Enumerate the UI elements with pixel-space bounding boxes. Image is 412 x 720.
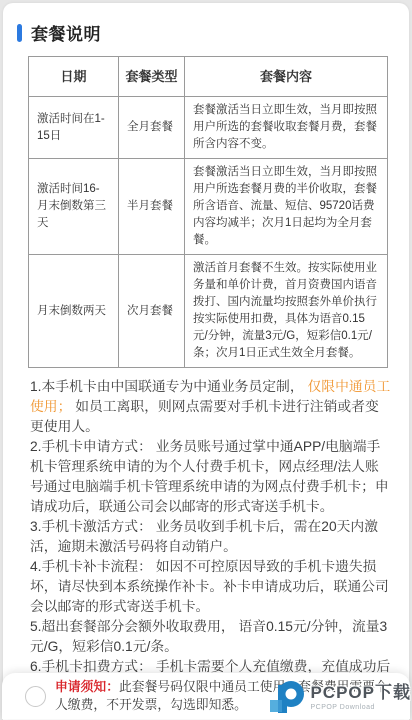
table-row: 激活时间16-月末倒数第三天 半月套餐 套餐激活当日立即生效，当月即按照用户所选… [29, 159, 388, 255]
col-header-type: 套餐类型 [119, 57, 185, 97]
cell-date: 激活时间16-月末倒数第三天 [29, 159, 119, 255]
page-title: 套餐说明 [31, 20, 101, 45]
pcpop-logo-icon [268, 677, 308, 717]
section-header: 套餐说明 [3, 3, 409, 54]
package-table: 日期 套餐类型 套餐内容 激活时间在1-15日 全月套餐 套餐激活当日立即生效，… [28, 56, 388, 368]
table-row: 激活时间在1-15日 全月套餐 套餐激活当日立即生效，当月即按照用户所选的套餐收… [29, 97, 388, 159]
note-item-5: 5.超出套餐部分会额外收取费用， 语音0.15元/分钟，流量3元/G，短彩信0.… [30, 617, 392, 657]
note-item-4: 4.手机卡补卡流程： 如因不可控原因导致的手机卡遗失损坏，请尽快到本系统操作补卡… [30, 557, 392, 617]
note-item-1: 1.本手机卡由中国联通专为中通业务员定制， 仅限中通员工使用； 如员工离职，则网… [30, 377, 392, 437]
cell-type: 次月套餐 [119, 255, 185, 368]
col-header-date: 日期 [29, 57, 119, 97]
package-info-card: 套餐说明 日期 套餐类型 套餐内容 激活时间在1-15日 全月套餐 套餐激活当日… [3, 3, 409, 720]
cell-type: 半月套餐 [119, 159, 185, 255]
watermark-subtitle: PCPOP Download [310, 704, 411, 711]
cell-date: 月末倒数两天 [29, 255, 119, 368]
cell-content: 激活首月套餐不生效。按实际使用业务量和单价计费，首月资费国内语音拨打、国内流量均… [185, 255, 388, 368]
cell-type: 全月套餐 [119, 97, 185, 159]
table-header-row: 日期 套餐类型 套餐内容 [29, 57, 388, 97]
watermark: PCPOP下载 PCPOP Download [268, 677, 411, 717]
consent-notice-label: 申请须知： [55, 679, 119, 694]
note-item-3: 3.手机卡激活方式： 业务员收到手机卡后，需在20天内激活，逾期未激活号码将自动… [30, 517, 392, 557]
title-accent-bar [17, 24, 22, 42]
cell-content: 套餐激活当日立即生效，当月即按照用户所选套餐月费的半价收取，套餐所含语音、流量、… [185, 159, 388, 255]
watermark-brand: PCPOP下载 [310, 684, 411, 701]
consent-checkbox[interactable] [25, 686, 46, 707]
cell-date: 激活时间在1-15日 [29, 97, 119, 159]
col-header-content: 套餐内容 [185, 57, 388, 97]
note-item-2: 2.手机卡申请方式： 业务员账号通过掌中通APP/电脑端手机卡管理系统申请的为个… [30, 437, 392, 517]
table-row: 月末倒数两天 次月套餐 激活首月套餐不生效。按实际使用业务量和单价计费，首月资费… [29, 255, 388, 368]
note-1-prefix: 1.本手机卡由中国联通专为中通业务员定制， [30, 379, 307, 394]
notes-section: 1.本手机卡由中国联通专为中通业务员定制， 仅限中通员工使用； 如员工离职，则网… [3, 368, 409, 717]
cell-content: 套餐激活当日立即生效，当月即按照用户所选的套餐收取套餐月费，套餐所含内容不变。 [185, 97, 388, 159]
note-1-suffix: 如员工离职，则网点需要对手机卡进行注销或者变更使用人。 [30, 399, 379, 434]
